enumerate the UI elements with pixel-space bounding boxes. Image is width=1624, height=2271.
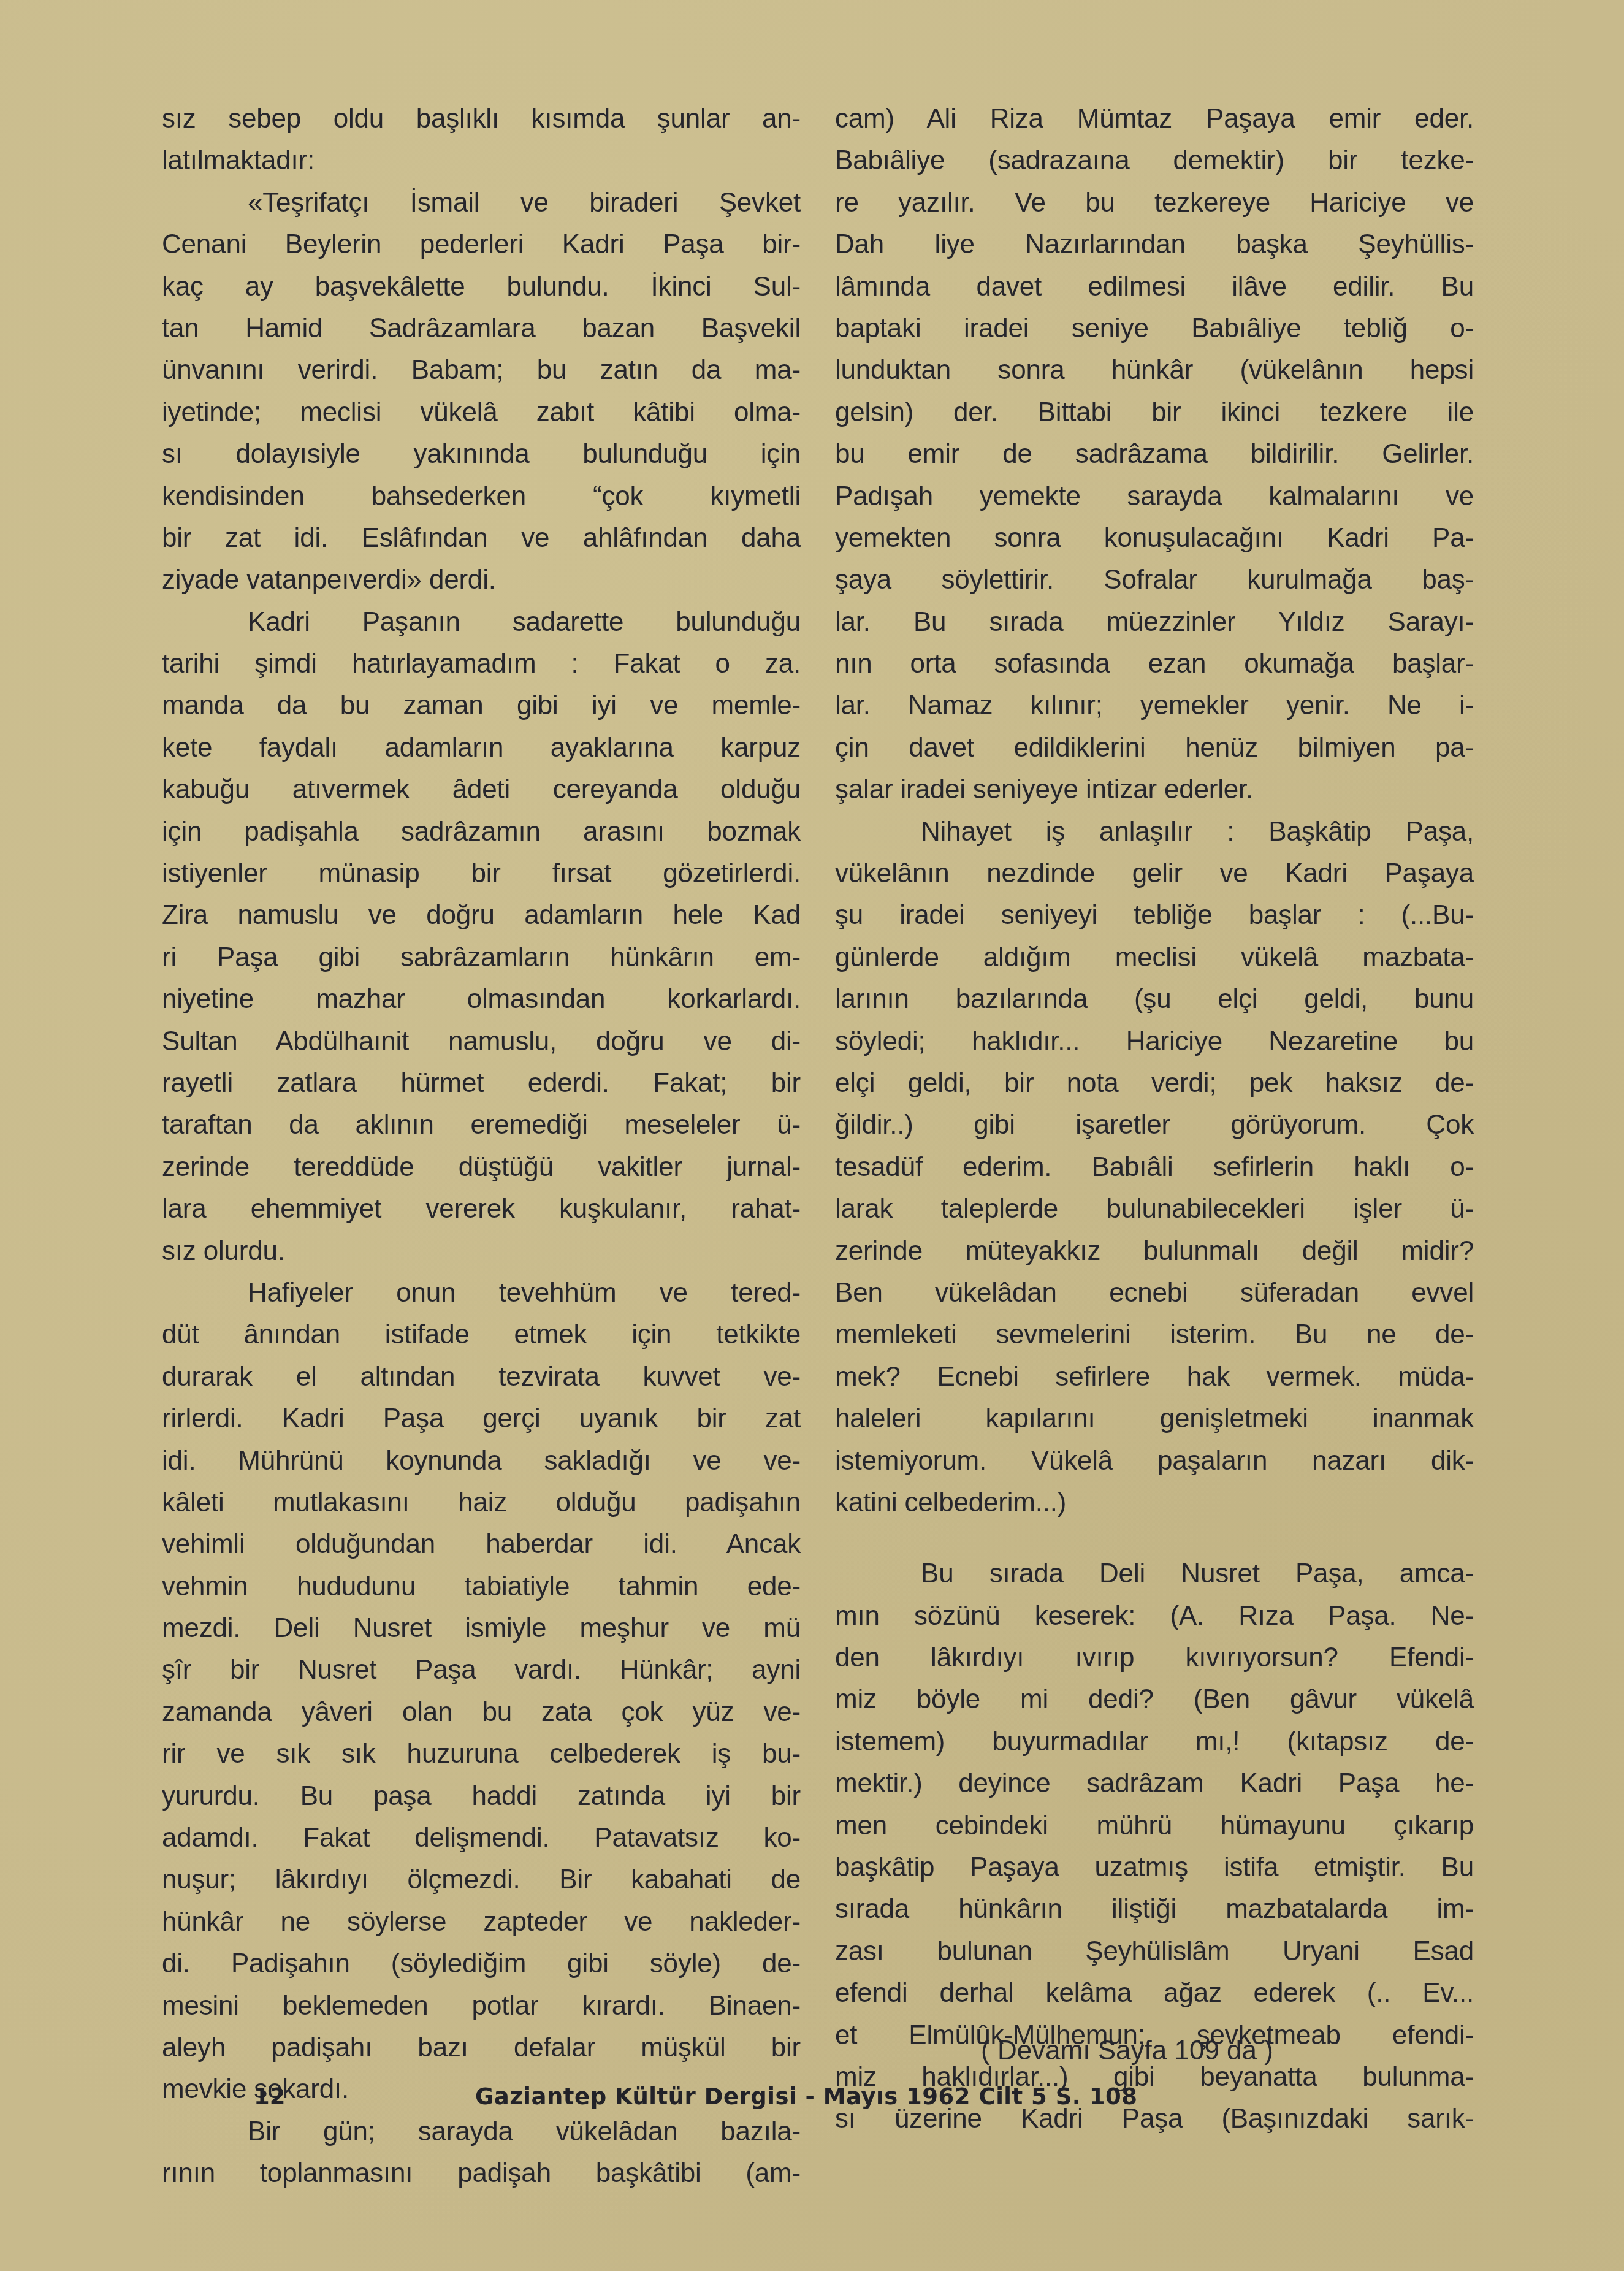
text-line: zamanda yâveri olan bu zata çok yüz ve- [162,1692,801,1733]
text-line: sı dolayısiyle yakınında bulunduğu için [162,433,801,475]
text-line: mezdi. Deli Nusret ismiyle meşhur ve mü [162,1608,801,1649]
text-line: vehimli olduğundan haberdar idi. Ancak [162,1524,801,1565]
text-line: katini celbederim...) [835,1482,1474,1524]
text-line: şu iradei seniyeyi tebliğe başlar : (...… [835,895,1474,936]
text-line: Ben vükelâdan ecnebi süferadan evvel [835,1272,1474,1314]
text-line: cam) Ali Riza Mümtaz Paşaya emir eder. [835,98,1474,140]
text-line: lara ehemmiyet vererek kuşkulanır, rahat… [162,1188,801,1230]
text-line: manda da bu zaman gibi iyi ve memle- [162,685,801,727]
text-line: ünvanını verirdi. Babam; bu zatın da ma- [162,349,801,391]
text-line: taraftan da aklının eremediği meseleler … [162,1104,801,1146]
text-line: ziyade vatanpeıverdi» derdi. [162,559,801,601]
text-line: kâleti mutlakasını haiz olduğu padişahın [162,1482,801,1524]
text-line: kabuğu atıvermek âdeti cereyanda olduğu [162,769,801,811]
continued-note: ( Devamı Sayfa 109 da ) [981,2036,1273,2066]
text-line: vükelânın nezdinde gelir ve Kadri Paşaya [835,853,1474,895]
text-line: vehmin hududunu tabiatiyle tahmin ede- [162,1566,801,1608]
page-footer: 12 Gaziantep Kültür Dergisi - Mayıs 1962… [0,2083,1624,2120]
text-line: bir zat idi. Eslâfından ve ahlâfından da… [162,517,801,559]
text-line: nuşur; lâkırdıyı ölçmezdi. Bir kabahati … [162,1859,801,1901]
text-line: şîr bir Nusret Paşa vardı. Hünkâr; ayni [162,1649,801,1691]
text-line: rir ve sık sık huzuruna celbederek iş bu… [162,1733,801,1775]
text-line: Hafiyeler onun tevehhüm ve tered- [162,1272,801,1314]
right-text-column: cam) Ali Riza Mümtaz Paşaya emir eder.Ba… [835,98,1474,2140]
text-line: Bu sırada Deli Nusret Paşa, amca- [835,1553,1474,1595]
text-line: zerinde müteyakkız bulunmalı değil midir… [835,1231,1474,1272]
magazine-page: sız sebep oldu başlıklı kısımda şunlar a… [0,0,1624,2271]
text-line: mektir.) deyince sadrâzam Kadri Paşa he- [835,1763,1474,1804]
paragraph-gap [835,1524,1474,1553]
text-line: Nihayet iş anlaşılır : Başkâtip Paşa, [835,811,1474,853]
text-line: adamdı. Fakat delişmendi. Patavatsız ko- [162,1817,801,1859]
text-line: memleketi sevmelerini isterim. Bu ne de- [835,1314,1474,1356]
text-line: di. Padişahın (söylediğim gibi söyle) de… [162,1943,801,1985]
text-line: sız sebep oldu başlıklı kısımda şunlar a… [162,98,801,140]
text-line: «Teşrifatçı İsmail ve biraderi Şevket [162,182,801,224]
text-line: istiyenler münasip bir fırsat gözetirler… [162,853,801,895]
text-line: istemem) buyurmadılar mı,! (kıtapsız de- [835,1721,1474,1763]
text-line: latılmaktadır: [162,140,801,181]
text-line: sırada hünkârın iliştiği mazbatalarda im… [835,1888,1474,1930]
text-line: Padışah yemekte sarayda kalmalarını ve [835,476,1474,517]
text-line: rayetli zatlara hürmet ederdi. Fakat; bi… [162,1063,801,1104]
text-line: nın orta sofasında ezan okumağa başlar- [835,643,1474,685]
text-line: zerinde tereddüde düştüğü vakitler jurna… [162,1147,801,1188]
text-line: günlerde aldığım meclisi vükelâ mazbata- [835,937,1474,979]
text-line: re yazılır. Ve bu tezkereye Hariciye ve [835,182,1474,224]
text-line: tesadüf ederim. Babıâli sefirlerin haklı… [835,1147,1474,1188]
text-line: larak taleplerde bulunabilecekleri işler… [835,1188,1474,1230]
text-line: Kadri Paşanın sadarette bulunduğu [162,601,801,643]
text-line: düt ânından istifade etmek için tetkikte [162,1314,801,1356]
journal-citation: Gaziantep Kültür Dergisi - Mayıs 1962 Ci… [475,2083,1138,2110]
text-line: idi. Mührünü koynunda sakladığı ve ve- [162,1440,801,1482]
text-line: mesini beklemeden potlar kırardı. Binaen… [162,1985,801,2027]
text-line: Sultan Abdülhaınit namuslu, doğru ve di- [162,1021,801,1063]
text-line: lâmında davet edilmesi ilâve edilir. Bu [835,266,1474,308]
text-line: aleyh padişahı bazı defalar müşkül bir [162,2027,801,2069]
text-line: istemiyorum. Vükelâ paşaların nazarı dik… [835,1440,1474,1482]
text-line: Dah liye Nazırlarından başka Şeyhüllis- [835,224,1474,265]
text-line: mın sözünü keserek: (A. Rıza Paşa. Ne- [835,1595,1474,1637]
text-line: mek? Ecnebi sefirlere hak vermek. müda- [835,1356,1474,1398]
text-line: Zira namuslu ve doğru adamların hele Kad [162,895,801,936]
text-line: niyetine mazhar olmasından korkarlardı. [162,979,801,1020]
text-line: men cebindeki mührü hümayunu çıkarıp [835,1805,1474,1847]
text-line: Cenani Beylerin pederleri Kadri Paşa bir… [162,224,801,265]
text-line: den lâkırdıyı ıvırıp kıvırıyorsun? Efend… [835,1637,1474,1679]
text-line: bu emir de sadrâzama bildirilir. Gelirle… [835,433,1474,475]
text-line: rirlerdi. Kadri Paşa gerçi uyanık bir za… [162,1398,801,1440]
text-line: durarak el altından tezvirata kuvvet ve- [162,1356,801,1398]
text-line: miz böyle mi dedi? (Ben gâvur vükelâ [835,1679,1474,1720]
text-line: çin davet edildiklerini henüz bilmiyen p… [835,727,1474,769]
text-line: rının toplanmasını padişah başkâtibi (am… [162,2153,801,2194]
text-line: Babıâliye (sadrazaına demektir) bir tezk… [835,140,1474,181]
text-line: tan Hamid Sadrâzamlara bazan Başvekil [162,308,801,349]
text-line: söyledi; haklıdır... Hariciye Nezaretine… [835,1021,1474,1063]
text-line: zası bulunan Şeyhülislâm Uryani Esad [835,1931,1474,1972]
text-line: kete faydalı adamların ayaklarına karpuz [162,727,801,769]
text-line: gelsin) der. Bittabi bir ikinci tezkere … [835,392,1474,433]
text-line: şaya söylettirir. Sofralar kurulmağa baş… [835,559,1474,601]
text-line: lunduktan sonra hünkâr (vükelânın hepsi [835,349,1474,391]
text-line: ri Paşa gibi sabrâzamların hünkârın em- [162,937,801,979]
page-number: 12 [254,2083,286,2110]
text-line: kaç ay başvekâlette bulundu. İkinci Sul- [162,266,801,308]
text-line: larının bazılarında (şu elçi geldi, bunu [835,979,1474,1020]
text-line: efendi derhal kelâma ağaz ederek (.. Ev.… [835,1972,1474,2014]
text-line: için padişahla sadrâzamın arasını bozmak [162,811,801,853]
text-line: iyetinde; meclisi vükelâ zabıt kâtibi ol… [162,392,801,433]
text-line: şalar iradei seniyeye intizar ederler. [835,769,1474,811]
text-line: baptaki iradei seniye Babıâliye tebliğ o… [835,308,1474,349]
text-line: sız olurdu. [162,1231,801,1272]
text-line: elçi geldi, bir nota verdi; pek haksız d… [835,1063,1474,1104]
text-line: hünkâr ne söylerse zapteder ve nakleder- [162,1901,801,1943]
text-line: lar. Namaz kılınır; yemekler yenir. Ne i… [835,685,1474,727]
text-line: başkâtip Paşaya uzatmış istifa etmiştir.… [835,1847,1474,1888]
text-line: haleleri kapılarını genişletmeki inanmak [835,1398,1474,1440]
text-line: kendisinden bahsederken “çok kıymetli [162,476,801,517]
text-line: tarihi şimdi hatırlayamadım : Fakat o za… [162,643,801,685]
left-text-column: sız sebep oldu başlıklı kısımda şunlar a… [162,98,801,2195]
text-line: yururdu. Bu paşa haddi zatında iyi bir [162,1776,801,1817]
text-line: yemekten sonra konuşulacağını Kadri Pa- [835,517,1474,559]
text-line: ğildir..) gibi işaretler görüyorum. Çok [835,1104,1474,1146]
text-line: lar. Bu sırada müezzinler Yıldız Sarayı- [835,601,1474,643]
